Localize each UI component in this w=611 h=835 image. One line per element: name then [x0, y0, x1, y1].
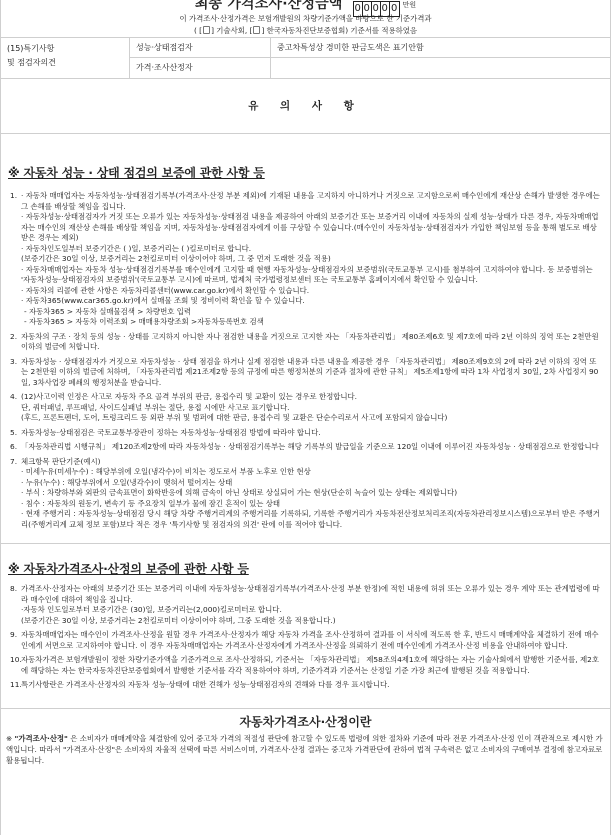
notice-item: 8.가격조사·산정자는 아래의 보증기간 또는 보증거리 이내에 자동차성능·상…	[8, 584, 603, 626]
special-notes-table: (15)특기사항 및 점검자의견 성능·상태점검자 중고차특성상 경미한 판금도…	[1, 38, 610, 79]
caution-heading: 유 의 사 항	[1, 79, 610, 134]
item-line: 가격조사·산정자는 아래의 보증기간 또는 보증거리 이내에 자동차성능·상태점…	[21, 584, 603, 605]
item-number: 3.	[8, 357, 21, 389]
item-body: 자동차매매업자는 매수인이 가격조사·산정을 원할 경우 가격조사·산정자가 해…	[21, 630, 603, 651]
section-heading: 자동차가격조사·산정이란	[1, 714, 610, 731]
notice-item: 2.자동차의 구조 · 장치 등의 성능 · 상태를 고지하지 아니한 자나 점…	[8, 332, 603, 353]
notice-list: 8.가격조사·산정자는 아래의 보증기간 또는 보증거리 이내에 자동차성능·상…	[8, 584, 603, 691]
notice-item: 7.체크항목 판단기준(예시)· 미세누유(미세누수) : 해당부위에 오일(냉…	[8, 457, 603, 531]
item-number: 9.	[8, 630, 21, 651]
item-number: 7.	[8, 457, 21, 531]
item-body: 자동차성능 · 상태점검자가 거짓으로 자동차성능 · 상태 점검을 하거나 실…	[21, 357, 603, 389]
notice-item: 9.자동차매매업자는 매수인이 가격조사·산정을 원할 경우 가격조사·산정자가…	[8, 630, 603, 651]
section-performance-warranty: ※ 자동차 성능 · 상태 점검의 보증에 관한 사항 등 1.· 자동차 매매…	[1, 134, 610, 544]
item-body: 자동차가격은 보험개발원이 정한 차량기준가액을 기준가격으로 조사·산정하되,…	[21, 655, 603, 676]
notice-item: 1.· 자동차 매매업자는 자동차성능·상태점검기록부(가격조사·산정 부분 제…	[8, 191, 603, 328]
item-body: 「자동차관리법 시행규칙」 제120조제2항에 따라 자동차성능 · 상태점검기…	[21, 442, 603, 453]
item-line: · 부식 : 차량하부와 외판의 금속표면이 화학반응에 의해 금속이 아닌 상…	[21, 488, 603, 499]
item-line: (보증기간은 30일 이상, 보증거리는 2천킬로미터 이상이어야 하며, 그중…	[21, 616, 603, 627]
item-number: 6.	[8, 442, 21, 453]
item-number: 4.	[8, 392, 21, 424]
item-line: · 누유(누수) : 해당부위에서 오일(냉각수)이 맺혀서 떨어지는 상태	[21, 478, 603, 489]
item-body: 가격조사·산정자는 아래의 보증기간 또는 보증거리 이내에 자동차성능·상태점…	[21, 584, 603, 626]
amount-digit: 0	[381, 2, 390, 16]
special-notes-label: (15)특기사항 및 점검자의견	[1, 38, 130, 78]
item-line: ·자동차 인도일로부터 보증기간은 (30)일, 보증거리는(2,000)킬로미…	[21, 605, 603, 616]
item-number: 8.	[8, 584, 21, 626]
item-line: · 자동차 매매업자는 자동차성능·상태점검기록부(가격조사·산정 부분 제외)…	[21, 191, 603, 212]
item-line: 자동차매매업자는 매수인이 가격조사·산정을 원할 경우 가격조사·산정자가 해…	[21, 630, 603, 651]
notice-item: 4.(12)사고이력 인정은 사고로 자동차 주요 골격 부위의 판금, 용접수…	[8, 392, 603, 424]
notice-item: 11.특기사항란은 가격조사·산정자의 자동차 성능·상태에 대한 견해가 성능…	[8, 680, 603, 691]
item-line: (후드, 프론트펜더, 도어, 트렁크리드 등 외판 부위 및 범퍼에 대한 판…	[21, 413, 603, 424]
notice-item: 5.자동차성능·상태점검은 국토교통부장관이 정하는 자동차성능·상태점검 방법…	[8, 428, 603, 439]
definition-paragraph: ※ "가격조사·산정" 은 소비자가 매매계약을 체결함에 있어 중고차 가격의…	[1, 734, 610, 766]
item-line: · 자동차의 리콜에 관한 사항은 자동차리콜센터(www.car.go.kr)…	[21, 286, 603, 297]
notice-item: 6.「자동차관리법 시행규칙」 제120조제2항에 따라 자동차성능 · 상태점…	[8, 442, 603, 453]
checkbox-engineers-society[interactable]	[203, 26, 210, 34]
amount-digit: 0	[372, 2, 381, 16]
item-number: 11.	[8, 680, 21, 691]
item-line: 특기사항란은 가격조사·산정자의 자동차 성능·상태에 대한 견해가 성능·상태…	[21, 680, 603, 691]
section-price-warranty: ※ 자동차가격조사·산정의 보증에 관한 사항 등 8.가격조사·산정자는 아래…	[1, 544, 610, 709]
item-number: 2.	[8, 332, 21, 353]
standard-selection-line: ( [] 기술사회, [] 한국자동차진단보증협회) 기준서를 적용하였음	[1, 25, 610, 37]
amount-unit: 만원	[403, 1, 417, 11]
notice-item: 10.자동차가격은 보험개발원이 정한 차량기준가액을 기준가격으로 조사·산정…	[8, 655, 603, 676]
item-line: · 자동차365(www.car365.go.kr)에서 실매물 조회 및 정비…	[21, 296, 603, 307]
page-title: 최종 가격조사·산정금액	[195, 0, 343, 14]
section-heading: ※ 자동차가격조사·산정의 보증에 관한 사항 등	[8, 561, 603, 578]
final-price-header: 최종 가격조사·산정금액 0 0 0 0 0 만원 이 가격조사·산정가격은 보…	[1, 0, 610, 38]
checkbox-diagnosis-association[interactable]	[253, 26, 260, 34]
item-body: (12)사고이력 인정은 사고로 자동차 주요 골격 부위의 판금, 용접수리 …	[21, 392, 603, 424]
amount-digit: 0	[354, 2, 363, 16]
item-line: · 미세누유(미세누수) : 해당부위에 오일(냉각수)이 비치는 정도로서 부…	[21, 467, 603, 478]
item-line: 「자동차관리법 시행규칙」 제120조제2항에 따라 자동차성능 · 상태점검기…	[21, 442, 603, 453]
item-body: 특기사항란은 가격조사·산정자의 자동차 성능·상태에 대한 견해가 성능·상태…	[21, 680, 603, 691]
item-body: 체크항목 판단기준(예시)· 미세누유(미세누수) : 해당부위에 오일(냉각수…	[21, 457, 603, 531]
item-line: 단, 쿼터패널, 루프패널, 사이드실패널 부위는 절단, 용접 시에만 사고로…	[21, 403, 603, 414]
item-line: 자동차의 구조 · 장치 등의 성능 · 상태를 고지하지 아니한 자나 점검한…	[21, 332, 603, 353]
item-line: · 현재 주행거리 : 자동차성능·상태점검 당시 해당 차량 주행거리계의 주…	[21, 509, 603, 530]
section-price-appraisal-definition: 자동차가격조사·산정이란 ※ "가격조사·산정" 은 소비자가 매매계약을 체결…	[1, 709, 610, 766]
amount-digit: 0	[390, 2, 399, 16]
item-number: 5.	[8, 428, 21, 439]
item-line: · 자동차매매업자는 자동차 성능·상태점검기록부를 매수인에게 고지할 때 현…	[21, 265, 603, 286]
item-line: 자동차성능·상태점검은 국토교통부장관이 정하는 자동차성능·상태점검 방법에 …	[21, 428, 603, 439]
section-heading: ※ 자동차 성능 · 상태 점검의 보증에 관한 사항 등	[8, 165, 603, 182]
notice-item: 3.자동차성능 · 상태점검자가 거짓으로 자동차성능 · 상태 점검을 하거나…	[8, 357, 603, 389]
item-line: · 자동차성능·상태점검자가 거짓 또는 오류가 있는 자동차성능·상태점검 내…	[21, 212, 603, 244]
item-body: · 자동차 매매업자는 자동차성능·상태점검기록부(가격조사·산정 부분 제외)…	[21, 191, 603, 328]
item-number: 10.	[8, 655, 21, 676]
item-line: 자동차가격은 보험개발원이 정한 차량기준가액을 기준가격으로 조사·산정하되,…	[21, 655, 603, 676]
item-number: 1.	[8, 191, 21, 328]
inspector-role: 성능·상태점검자	[130, 38, 271, 58]
appraiser-role: 가격·조사산정자	[130, 58, 271, 78]
item-body: 자동차의 구조 · 장치 등의 성능 · 상태를 고지하지 아니한 자나 점검한…	[21, 332, 603, 353]
item-line: 자동차성능 · 상태점검자가 거짓으로 자동차성능 · 상태 점검을 하거나 실…	[21, 357, 603, 389]
inspector-opinion: 중고차특성상 경미한 판금도색은 표기안함	[271, 38, 610, 58]
amount-digit-boxes: 0 0 0 0 0	[353, 1, 400, 17]
item-body: 자동차성능·상태점검은 국토교통부장관이 정하는 자동차성능·상태점검 방법에 …	[21, 428, 603, 439]
item-line: (보증기간은 30일 이상, 보증거리는 2천킬로미터 이상이어야 하며, 그 …	[21, 254, 603, 265]
item-line: (12)사고이력 인정은 사고로 자동차 주요 골격 부위의 판금, 용접수리 …	[21, 392, 603, 403]
basis-description: 이 가격조사·산정가격은 보험개발원의 차량기준가액을 바탕으로 한 기준가격과	[1, 13, 610, 25]
vehicle-inspection-notice-page: 최종 가격조사·산정금액 0 0 0 0 0 만원 이 가격조사·산정가격은 보…	[0, 0, 611, 835]
amount-digit: 0	[363, 2, 372, 16]
item-line: · 침수 : 자동차의 원동기, 변속기 등 주요장치 일부가 물에 잠긴 흔적…	[21, 499, 603, 510]
appraiser-opinion	[271, 58, 610, 78]
item-line: 체크항목 판단기준(예시)	[21, 457, 603, 468]
item-line: - 자동차365 > 자동차 이력조회 > 매매용차량조회 >자동차등록번호 검…	[21, 317, 603, 328]
notice-list: 1.· 자동차 매매업자는 자동차성능·상태점검기록부(가격조사·산정 부분 제…	[8, 191, 603, 530]
title-row: 최종 가격조사·산정금액 0 0 0 0 0 만원	[1, 0, 610, 13]
item-line: - 자동차365 > 자동차 실매물검색 > 차량번호 입력	[21, 307, 603, 318]
item-line: · 자동차인도일부터 보증기간은 ( )일, 보증거리는 ( )킬로미터로 합니…	[21, 244, 603, 255]
